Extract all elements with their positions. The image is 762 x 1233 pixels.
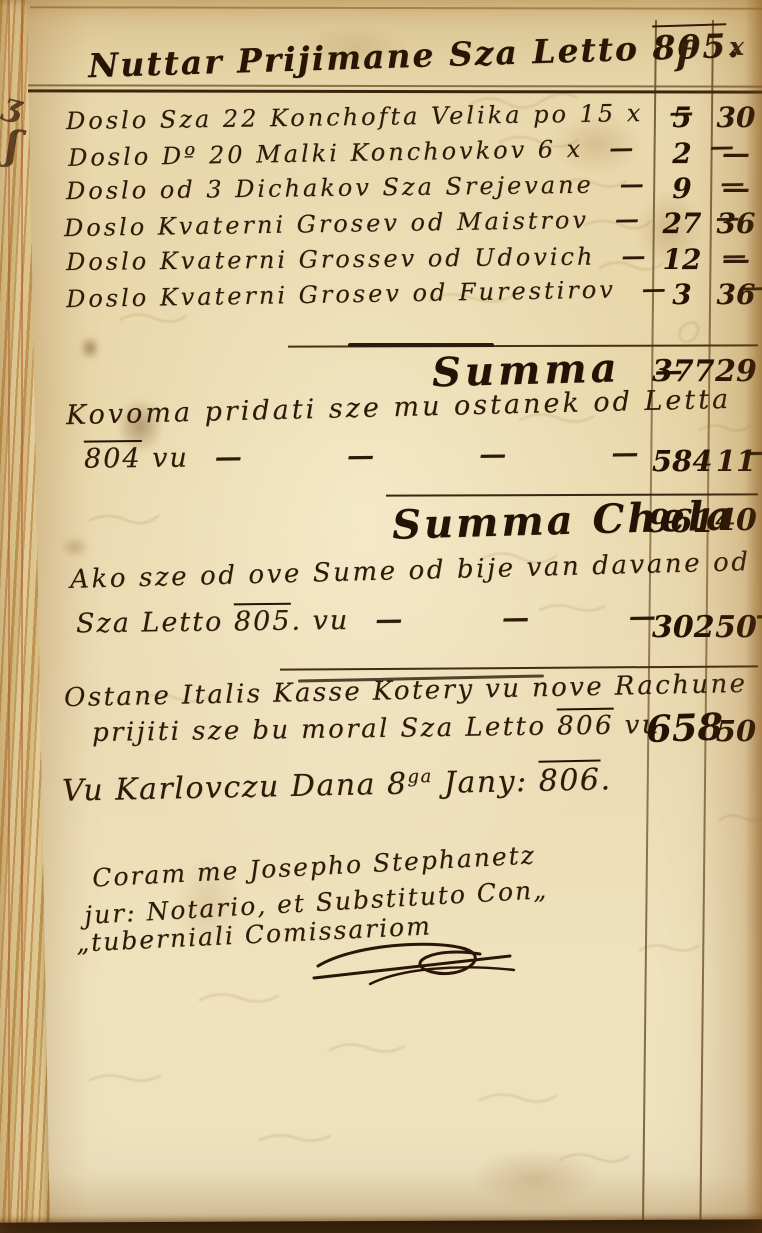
entry-amount-florin: 2 xyxy=(652,137,712,170)
remainder-line2: prijiti sze bu moral Sza Letto 806 vu xyxy=(92,710,661,748)
deduction-vu: . vu xyxy=(291,605,349,637)
date-ordinal: ga xyxy=(407,766,433,788)
carryover-vu: vu xyxy=(141,443,189,474)
entry-amount-kreuzer: — xyxy=(712,137,760,170)
deduction-amount-florin: 302 xyxy=(652,610,712,645)
entry-text: Doslo od 3 Dichakov Sza Srejevane xyxy=(66,171,594,205)
entry-text: Doslo Kvaterni Grossev od Udovich xyxy=(66,243,596,277)
deduction-text: Sza Letto xyxy=(76,606,234,639)
page-title: Nuttar Prijimane Sza Letto 805. xyxy=(88,26,742,85)
summa-chela-amount-kreuzer: 40 xyxy=(712,503,760,538)
paper-stain xyxy=(470,1150,600,1206)
binding-red-line xyxy=(21,0,23,1233)
column-header-florin: f xyxy=(655,34,712,74)
carryover-amount-florin: 584 xyxy=(652,444,712,478)
date-month: Jany: xyxy=(432,764,539,801)
header-rule xyxy=(28,84,762,87)
entry-amount-florin: 5 xyxy=(652,101,712,134)
deduction-amount-kreuzer: 50 xyxy=(712,610,760,645)
entry-amount-florin: 3 xyxy=(652,278,712,311)
entry-amount-kreuzer: 36 xyxy=(712,278,760,311)
summa-rule xyxy=(348,343,494,347)
entry-text: Doslo Kvaterni Grosev od Furestirov xyxy=(66,276,616,314)
entry-amount-kreuzer: 30 xyxy=(712,101,760,134)
date-year: 806 xyxy=(538,759,601,798)
ink-stain xyxy=(80,336,100,360)
summa-chela-amount-florin: 961 xyxy=(648,502,708,540)
remainder-year: 806 xyxy=(557,708,614,742)
ledger-entry: Doslo Dº 20 Malki Konchovkov 6 x— — xyxy=(68,131,737,172)
entry-amount-kreuzer: — xyxy=(712,172,760,205)
remainder-amount-kreuzer: 50 xyxy=(712,714,760,748)
entry-amount-kreuzer: 36 xyxy=(712,207,760,240)
book-bottom-edge xyxy=(0,1219,762,1233)
entry-amount-florin: 9 xyxy=(652,172,712,205)
column-header-kreuzer: x xyxy=(713,32,760,61)
carryover-amount-kreuzer: 11 xyxy=(712,444,760,478)
place-date-line: Vu Karlovczu Dana 8ga Jany: 806. xyxy=(62,762,612,809)
paper-stain xyxy=(60,536,90,558)
entry-text: Doslo Kvaterni Grosev od Maistrov xyxy=(64,206,589,242)
entry-text: Doslo Sza 22 Konchofta Velika po 15 x xyxy=(66,99,644,135)
remainder-text: prijiti sze bu moral Sza Letto xyxy=(92,711,557,747)
binding-red-line xyxy=(8,0,10,1233)
deduction-year: 805 xyxy=(234,603,292,638)
carryover-year: 804 xyxy=(84,440,142,475)
page-top-edge xyxy=(30,6,762,10)
remainder-amount-florin: 658 xyxy=(645,705,708,751)
header-rule xyxy=(28,89,762,93)
entry-amount-kreuzer: — xyxy=(712,243,760,276)
entry-amount-florin: 12 xyxy=(652,243,712,276)
carryover-line1: Kovoma pridati sze mu ostanek od Letta xyxy=(66,384,732,431)
date-text: Vu Karlovczu Dana 8 xyxy=(62,767,408,809)
entry-amount-florin: 27 xyxy=(652,207,712,240)
entry-text: Doslo Dº 20 Malki Konchovkov 6 x xyxy=(68,135,584,172)
signature-paraph-flourish xyxy=(310,928,520,992)
ledger-entry: Doslo od 3 Dichakov Sza Srejevane— — xyxy=(66,168,748,205)
manuscript-ledger-page: ʒ ʃ Nuttar Prijimane Sza Letto 805. f x … xyxy=(0,0,762,1233)
title-text: Nuttar Prijimane Sza Letto xyxy=(88,29,653,86)
date-period: . xyxy=(600,762,612,797)
